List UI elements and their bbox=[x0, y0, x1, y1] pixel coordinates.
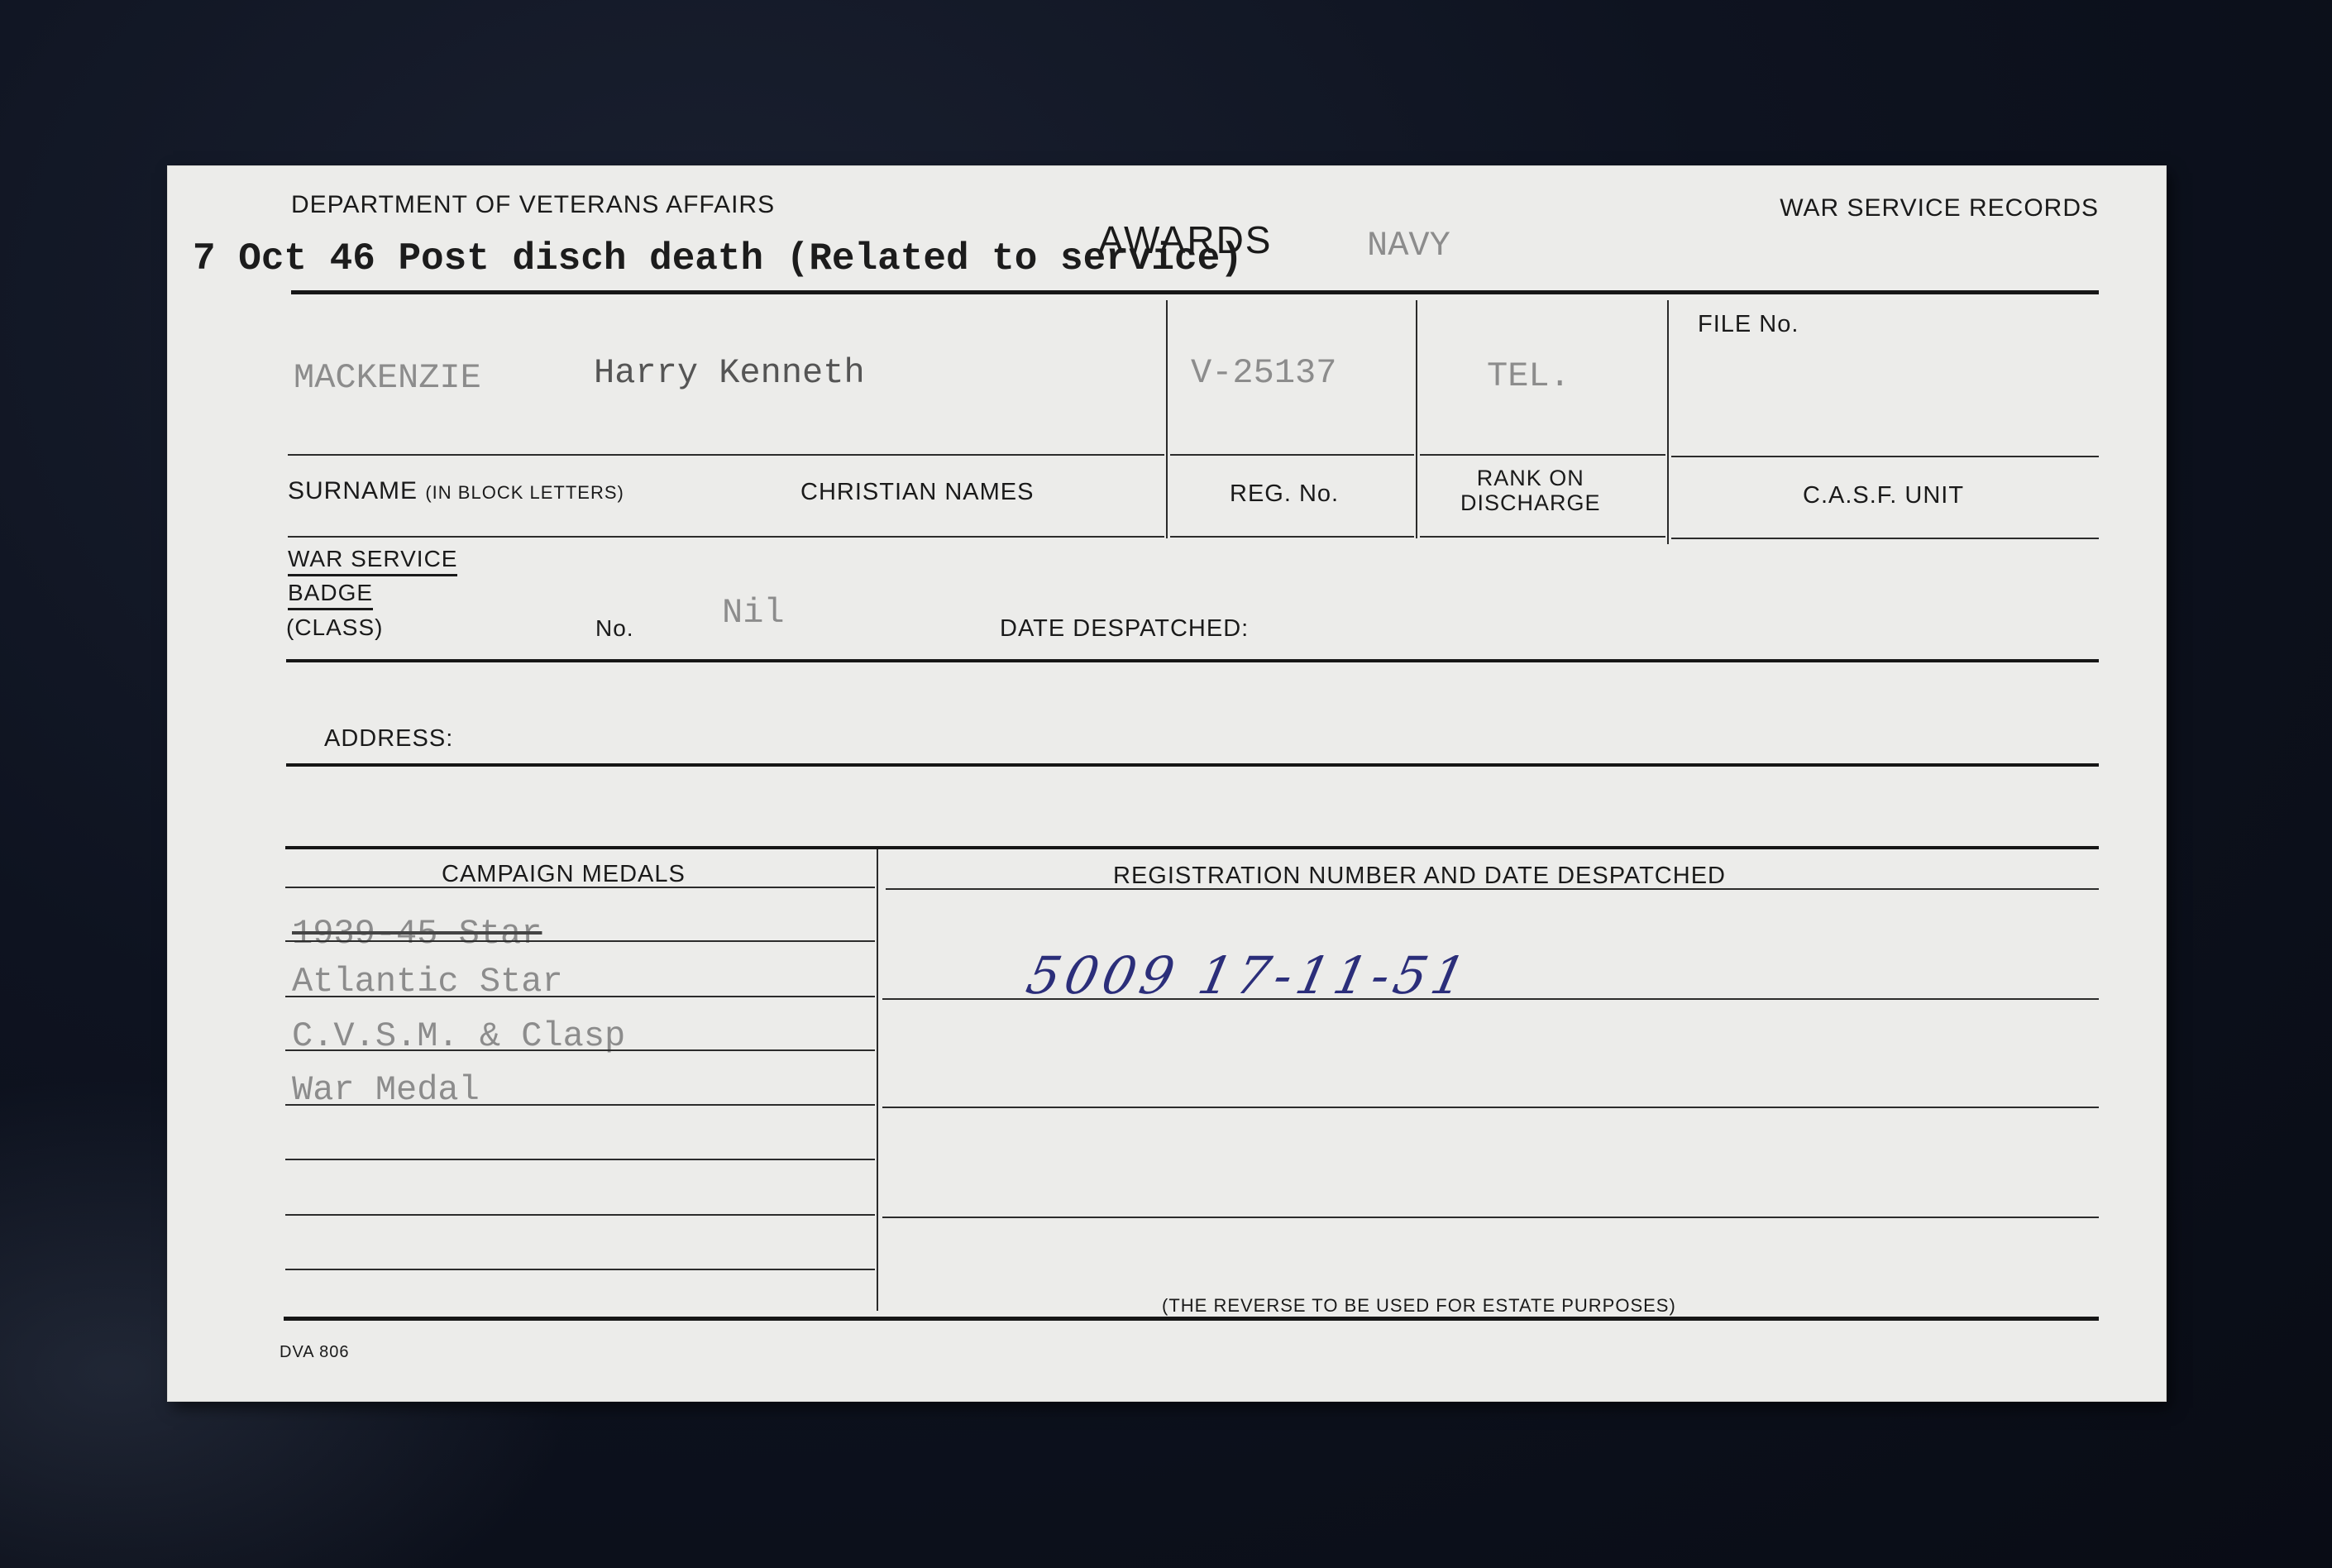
row-line bbox=[285, 1159, 875, 1160]
rank-label-line2: DISCHARGE bbox=[1460, 490, 1601, 515]
field-line bbox=[1170, 536, 1414, 538]
row-line bbox=[285, 1269, 875, 1270]
header-rule bbox=[291, 290, 2099, 294]
divider bbox=[1667, 300, 1669, 544]
christian-names-value: Harry Kenneth bbox=[594, 353, 865, 393]
registration-header: REGISTRATION NUMBER AND DATE DESPATCHED bbox=[1113, 863, 1726, 890]
casf-unit-label: C.A.S.F. UNIT bbox=[1803, 482, 1964, 509]
typed-death-note: 7 Oct 46 Post disch death (Related to se… bbox=[193, 237, 1243, 280]
rank-value: TEL. bbox=[1487, 356, 1570, 396]
section-rule bbox=[285, 846, 2099, 849]
handwritten-registration-entry: 5009 17-11-51 bbox=[1021, 945, 1476, 1006]
war-service-label: WAR SERVICE bbox=[288, 546, 457, 576]
row-line bbox=[285, 887, 875, 888]
section-rule bbox=[286, 659, 2099, 662]
field-line bbox=[1671, 456, 2099, 457]
section-rule bbox=[286, 763, 2099, 767]
bottom-rule bbox=[284, 1317, 2099, 1321]
row-line bbox=[285, 1049, 875, 1051]
address-label: ADDRESS: bbox=[324, 725, 453, 753]
badge-no-value: Nil bbox=[722, 593, 785, 633]
medal-item: 1939-45 Star bbox=[292, 914, 542, 954]
divider bbox=[1166, 300, 1168, 538]
reverse-note: (THE REVERSE TO BE USED FOR ESTATE PURPO… bbox=[1162, 1295, 1676, 1317]
reg-no-label: REG. No. bbox=[1230, 480, 1339, 508]
reg-no-value: V-25137 bbox=[1191, 353, 1336, 393]
branch-stamp: NAVY bbox=[1367, 226, 1450, 265]
badge-label: BADGE bbox=[288, 580, 373, 610]
form-number: DVA 806 bbox=[280, 1343, 349, 1362]
row-line bbox=[882, 1217, 2099, 1218]
field-line bbox=[288, 454, 1164, 456]
row-line bbox=[886, 888, 2099, 890]
awards-record-card: DEPARTMENT OF VETERANS AFFAIRS WAR SERVI… bbox=[168, 166, 2166, 1401]
badge-no-label: No. bbox=[595, 615, 634, 642]
row-line bbox=[285, 940, 875, 942]
field-line bbox=[1420, 536, 1665, 538]
rank-label-line1: RANK ON bbox=[1460, 466, 1601, 490]
divider bbox=[1416, 300, 1417, 538]
surname-label: SURNAME (IN BLOCK LETTERS) bbox=[288, 477, 624, 505]
rank-label: RANK ON DISCHARGE bbox=[1460, 466, 1601, 515]
row-line bbox=[285, 1214, 875, 1216]
surname-value: MACKENZIE bbox=[294, 358, 481, 398]
christian-names-label: CHRISTIAN NAMES bbox=[800, 479, 1034, 506]
surname-label-text: SURNAME bbox=[288, 477, 418, 504]
row-line bbox=[882, 1107, 2099, 1108]
column-divider bbox=[877, 849, 878, 1311]
field-line bbox=[1170, 454, 1414, 456]
records-heading: WAR SERVICE RECORDS bbox=[1780, 194, 2099, 222]
field-line bbox=[1671, 538, 2099, 539]
department-heading: DEPARTMENT OF VETERANS AFFAIRS bbox=[291, 191, 775, 219]
class-label: (CLASS) bbox=[286, 614, 383, 641]
surname-hint: (IN BLOCK LETTERS) bbox=[425, 482, 624, 503]
row-line bbox=[285, 996, 875, 997]
campaign-medals-header: CAMPAIGN MEDALS bbox=[442, 861, 686, 888]
file-no-label: FILE No. bbox=[1698, 311, 1799, 338]
row-line bbox=[285, 1104, 875, 1106]
field-line bbox=[1420, 454, 1665, 456]
field-line bbox=[288, 536, 1164, 538]
date-despatched-label: DATE DESPATCHED: bbox=[1000, 615, 1249, 643]
